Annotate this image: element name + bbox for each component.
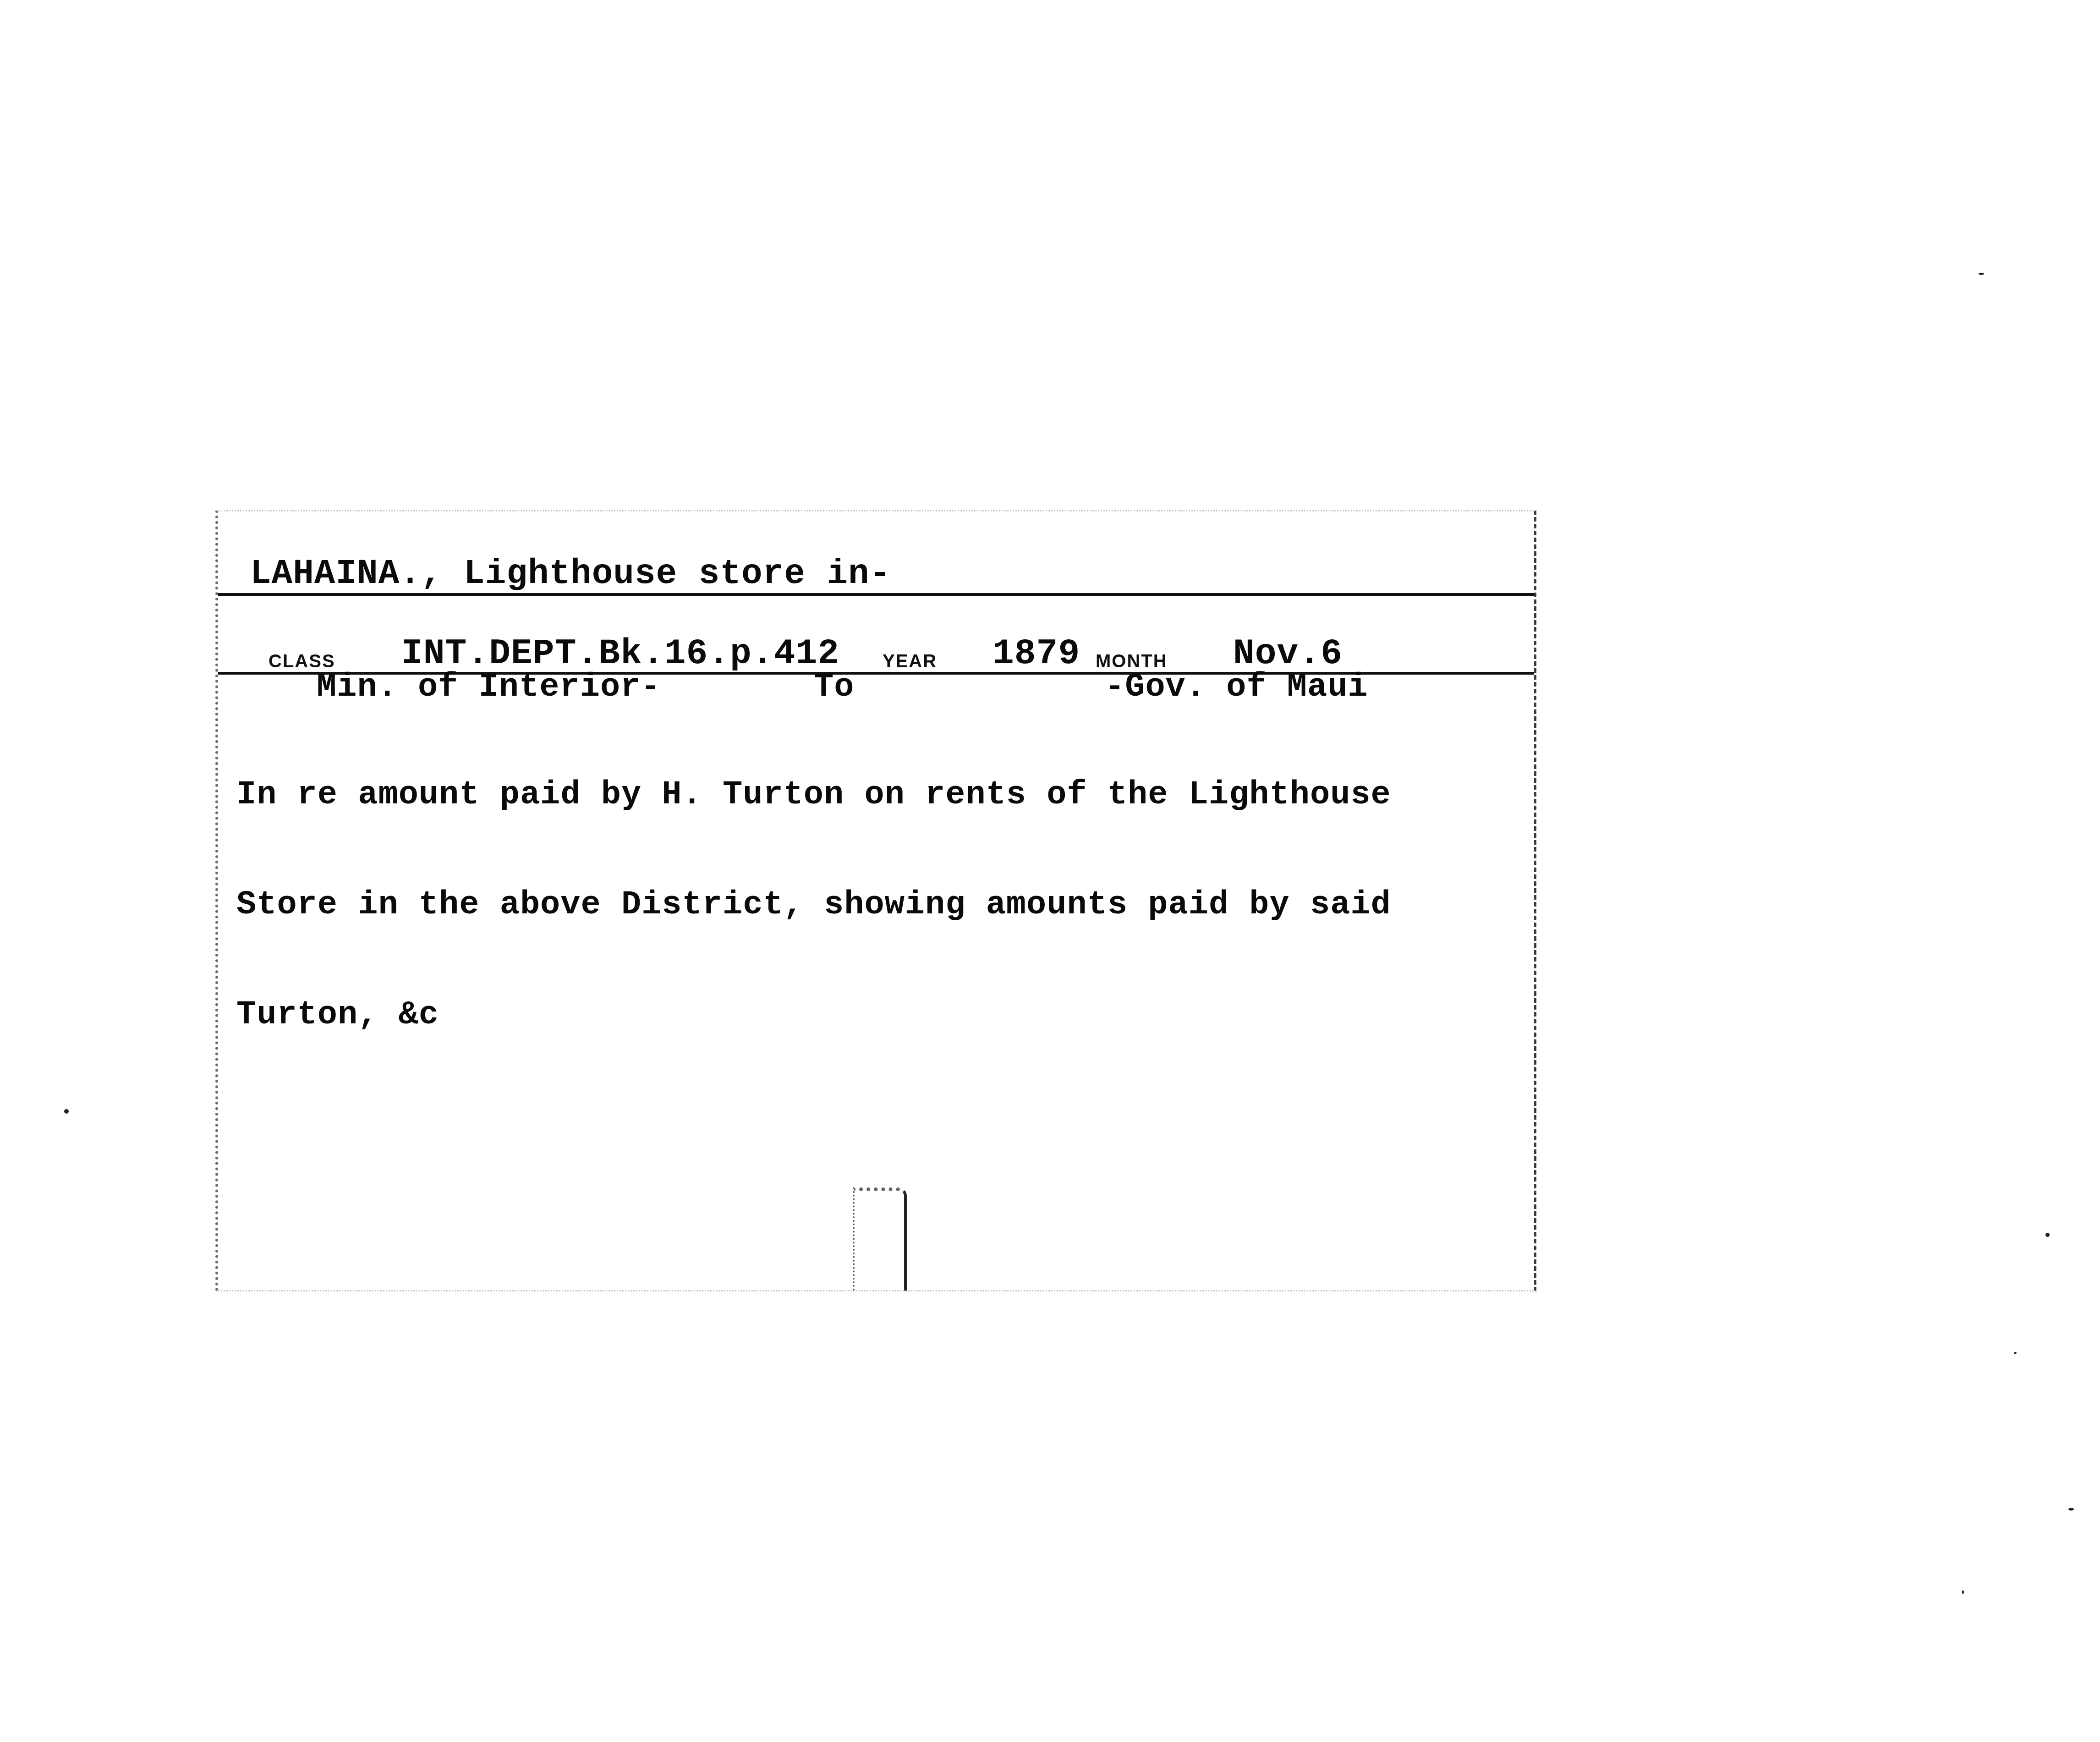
class-value: INT.DEPT.Bk.16.p.412 <box>401 635 839 673</box>
body-line: Turton, &c <box>236 996 1391 1033</box>
year-value: 1879 <box>992 635 1080 673</box>
scan-speck <box>2068 1508 2074 1511</box>
filing-tab-notch <box>853 1187 907 1291</box>
body-line: Store in the above District, showing amo… <box>236 886 1391 923</box>
body-line: In re amount paid by H. Turton on rents … <box>236 776 1391 813</box>
scan-speck <box>2014 1352 2017 1354</box>
year-label: YEAR <box>883 651 937 672</box>
card-body: In re amount paid by H. Turton on rents … <box>236 703 1391 1106</box>
title-rule <box>218 593 1534 596</box>
month-value: Nov.6 <box>1233 635 1343 673</box>
scan-speck <box>1979 273 1984 275</box>
from-party: Min. of Interior- <box>317 670 661 704</box>
scan-speck <box>1962 1590 1964 1594</box>
to-word: To <box>814 670 854 704</box>
index-card: LAHAINA., Lighthouse store in- CLASS INT… <box>215 510 1536 1291</box>
card-title: LAHAINA., Lighthouse store in- <box>250 555 891 592</box>
scan-speck <box>2045 1233 2050 1237</box>
scan-speck <box>64 1109 69 1114</box>
to-party: -Gov. of Maui <box>1105 670 1368 704</box>
